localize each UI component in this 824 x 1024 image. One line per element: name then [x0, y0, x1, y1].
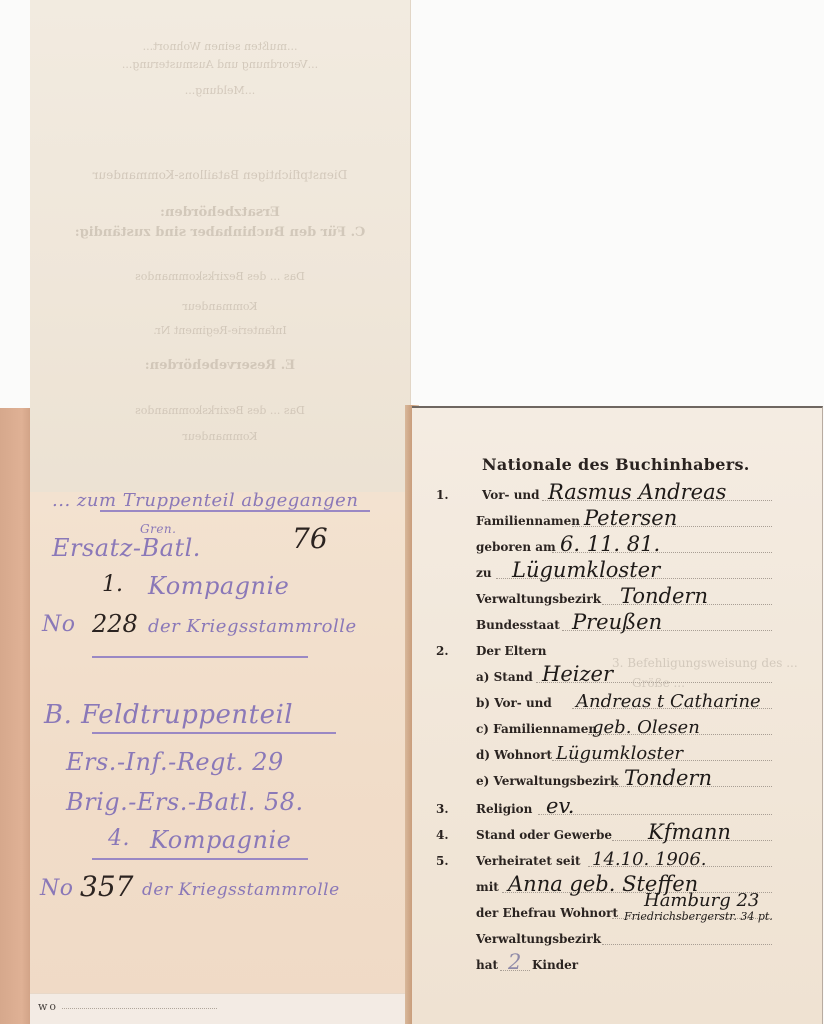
- field-value: Tondern: [624, 766, 712, 790]
- field-label: Vor- und: [482, 488, 540, 502]
- field-row: geboren am 6. 11. 81.: [412, 532, 822, 556]
- wo-label: wo: [38, 1000, 58, 1013]
- field-row: 1. Vor- und Rasmus Andreas: [412, 480, 822, 504]
- handwritten-line: Kompagnie: [148, 572, 289, 600]
- field-label: Verwaltungsbezirk: [476, 592, 601, 606]
- dotted-line: [602, 944, 772, 945]
- handwritten-line: Kompagnie: [150, 826, 291, 854]
- handwritten-number: 76: [292, 522, 328, 555]
- mirrored-text: Kommandeur: [30, 430, 410, 443]
- dotted-line: [62, 1008, 217, 1009]
- handwritten-number: 357: [80, 870, 133, 903]
- field-row: Bundesstaat Preußen: [412, 610, 822, 634]
- field-label: mit: [476, 880, 499, 894]
- field-value: ev.: [546, 794, 574, 818]
- field-label: Bundesstaat: [476, 618, 560, 632]
- field-value: Rasmus Andreas: [548, 480, 726, 504]
- field-number: 3.: [436, 802, 449, 816]
- underline: [92, 656, 308, 658]
- field-row: 3. Religion ev.: [412, 794, 822, 818]
- mirrored-text: E. Reservebehörden:: [30, 358, 410, 373]
- field-row: e) Verwaltungsbezirk Tondern: [412, 766, 822, 790]
- mirrored-text: C. Für den Buchinhaber sind zuständig:: [30, 225, 410, 240]
- right-page: Nationale des Buchinhabers. 3. Befehligu…: [412, 406, 823, 1024]
- mirrored-text: ...Meldung...: [30, 84, 410, 97]
- underline: [92, 858, 308, 860]
- field-value: 14.10. 1906.: [592, 849, 707, 870]
- field-label: Stand oder Gewerbe: [476, 828, 612, 842]
- field-value: Lügumkloster: [512, 558, 660, 582]
- handwritten-line: der Kriegsstammrolle: [142, 880, 340, 900]
- mirrored-text: Das ... des Bezirkskommandos: [30, 404, 410, 417]
- field-value: 2: [508, 950, 521, 974]
- handwritten-number: 4.: [108, 826, 130, 851]
- field-row: 4. Stand oder Gewerbe Kfmann: [412, 820, 822, 844]
- field-label: e) Verwaltungsbezirk: [476, 774, 619, 788]
- left-page: ... zum Truppenteil abgegangen Gren. Ers…: [30, 492, 408, 1024]
- field-row: d) Wohnort Lügumkloster: [412, 740, 822, 764]
- field-label: geboren am: [476, 540, 556, 554]
- field-label: Familiennamen: [476, 514, 580, 528]
- field-value: Tondern: [620, 584, 708, 608]
- bottom-strip: wo: [30, 993, 408, 1024]
- mirrored-text: Das ... des Bezirkskommandos: [30, 270, 410, 283]
- field-row: Familiennamen Petersen: [412, 506, 822, 530]
- handwritten-line: Ersatz-Batl.: [52, 534, 201, 562]
- field-label: der Ehefrau Wohnort: [476, 906, 618, 920]
- handwritten-line: Brig.-Ers.-Batl. 58.: [66, 788, 304, 816]
- field-row: b) Vor- und Andreas t Catharine: [412, 688, 822, 712]
- field-row: 2. Der Eltern: [412, 636, 822, 660]
- field-value: Preußen: [572, 610, 662, 634]
- field-label: Verwaltungsbezirk: [476, 932, 601, 946]
- field-value-secondary: Friedrichsbergerstr. 34 pt.: [624, 910, 773, 923]
- handwritten-line: No: [42, 612, 76, 637]
- field-value: Heizer: [542, 662, 613, 686]
- underline: [100, 510, 370, 512]
- field-row: Verwaltungsbezirk Tondern: [412, 584, 822, 608]
- field-value: Hamburg 23: [644, 890, 759, 911]
- field-row: zu Lügumkloster: [412, 558, 822, 582]
- handwritten-number: 228: [92, 610, 138, 638]
- mirrored-text: Ersatzbehörden:: [30, 205, 410, 220]
- field-label: zu: [476, 566, 492, 580]
- field-row: c) Familiennamen geb. Olesen: [412, 714, 822, 738]
- field-value: Kfmann: [648, 820, 731, 844]
- field-label: Kinder: [532, 958, 578, 972]
- field-number: 1.: [436, 488, 449, 502]
- field-label: hat: [476, 958, 498, 972]
- field-value: 6. 11. 81.: [560, 532, 660, 556]
- field-label: b) Vor- und: [476, 696, 552, 710]
- field-label: Religion: [476, 802, 532, 816]
- mirrored-text: Infanterie-Regiment Nr.: [30, 324, 410, 337]
- field-value: Petersen: [584, 506, 677, 530]
- underline: [92, 732, 336, 734]
- fold-over-sheet: ...mußten seinen Wohnort... ...Verordnun…: [30, 0, 410, 492]
- field-row: mit Anna geb. Steffen: [412, 872, 822, 896]
- mirrored-text: Kommandeur: [30, 300, 410, 313]
- handwritten-line: Ers.-Inf.-Regt. 29: [66, 748, 284, 776]
- handwritten-line: der Kriegsstammrolle: [148, 616, 357, 637]
- field-label: a) Stand: [476, 670, 533, 684]
- handwritten-line: B. Feldtruppenteil: [44, 700, 293, 730]
- field-label: Der Eltern: [476, 644, 546, 658]
- handwritten-line: ... zum Truppenteil abgegangen: [52, 490, 358, 511]
- field-row: der Ehefrau Wohnort Hamburg 23 Friedrich…: [412, 898, 822, 922]
- field-value: Lügumkloster: [556, 743, 683, 764]
- field-row: hat 2 Kinder: [412, 950, 822, 974]
- field-row: a) Stand Heizer: [412, 662, 822, 686]
- field-row: Verwaltungsbezirk: [412, 924, 822, 948]
- page-title: Nationale des Buchinhabers.: [482, 455, 750, 474]
- field-number: 5.: [436, 854, 449, 868]
- field-value: geb. Olesen: [592, 717, 700, 738]
- field-label: Verheiratet seit: [476, 854, 581, 868]
- mirrored-text: ...mußten seinen Wohnort...: [30, 40, 410, 53]
- field-number: 2.: [436, 644, 449, 658]
- mirrored-text: Dienstpflichtigen Bataillons-Kommandeur: [30, 168, 410, 182]
- field-label: c) Familiennamen: [476, 722, 597, 736]
- field-number: 4.: [436, 828, 449, 842]
- field-value: Andreas t Catharine: [576, 691, 761, 712]
- handwritten-number: 1.: [102, 572, 123, 597]
- mirrored-text: ...Verordnung und Ausmusterung...: [30, 58, 410, 71]
- field-label: d) Wohnort: [476, 748, 552, 762]
- field-row: 5. Verheiratet seit 14.10. 1906.: [412, 846, 822, 870]
- handwritten-line: No: [40, 876, 74, 901]
